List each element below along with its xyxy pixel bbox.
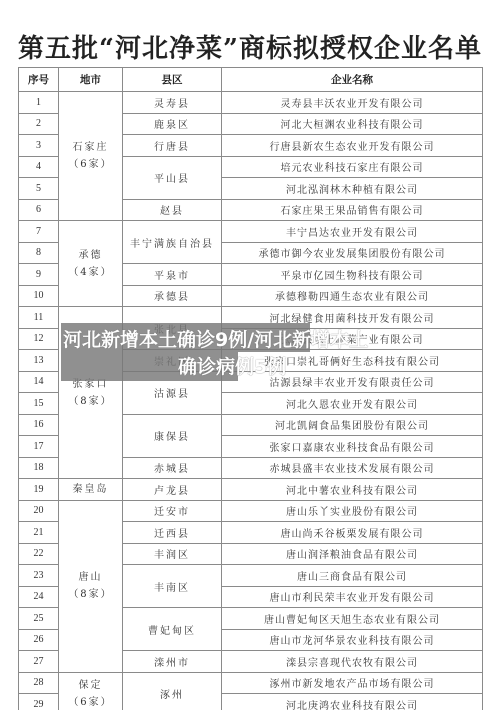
city-name: 秦皇岛 — [59, 481, 122, 498]
table-row: 20唐山（8家）迁安市唐山乐丫实业股份有限公司 — [19, 500, 483, 522]
company-name: 承德穆勒四通生态农业有限公司 — [222, 285, 483, 307]
row-index: 14 — [19, 371, 59, 393]
row-index: 11 — [19, 307, 59, 329]
city-name: 保定 — [59, 677, 122, 694]
table-body: 1石家庄（6家）灵寿县灵寿县丰沃农业开发有限公司2鹿泉区河北大桓渊农业科技有限公… — [19, 92, 483, 710]
company-name: 河北庚鸿农业科技有限公司 — [222, 694, 483, 710]
county-cell: 平泉市 — [123, 264, 222, 286]
county-cell: 灵寿县 — [123, 92, 222, 114]
row-index: 1 — [19, 92, 59, 114]
county-cell: 卢龙县 — [123, 479, 222, 501]
city-count: （6家） — [59, 694, 122, 710]
row-index: 5 — [19, 178, 59, 200]
row-index: 26 — [19, 629, 59, 651]
city-count: （8家） — [59, 393, 122, 410]
row-index: 25 — [19, 608, 59, 630]
company-name: 滦县宗喜现代农牧有限公司 — [222, 651, 483, 673]
company-name: 唐山市利民荣丰农业开发有限公司 — [222, 586, 483, 608]
company-name: 唐山曹妃甸区天旭生态农业有限公司 — [222, 608, 483, 630]
city-cell: 承德（4家） — [59, 221, 123, 307]
county-cell: 康保县 — [123, 414, 222, 457]
city-name: 承德 — [59, 247, 122, 264]
table-row: 28保定（6家）涿州涿州市新发地农产品市场有限公司 — [19, 672, 483, 694]
county-cell: 承德县 — [123, 285, 222, 307]
row-index: 9 — [19, 264, 59, 286]
company-name: 承德市御今农业发展集团股份有限公司 — [222, 242, 483, 264]
company-name: 丰宁昌达农业开发有限公司 — [222, 221, 483, 243]
county-cell: 行唐县 — [123, 135, 222, 157]
enterprise-list-table: 序号 地市 县区 企业名称 1石家庄（6家）灵寿县灵寿县丰沃农业开发有限公司2鹿… — [18, 67, 483, 710]
row-index: 24 — [19, 586, 59, 608]
row-index: 17 — [19, 436, 59, 458]
city-name: 石家庄 — [59, 139, 122, 156]
company-name: 河北大桓渊农业科技有限公司 — [222, 113, 483, 135]
city-cell: 保定（6家） — [59, 672, 123, 710]
county-cell: 鹿泉区 — [123, 113, 222, 135]
company-name: 唐山润泽粮油食品有限公司 — [222, 543, 483, 565]
row-index: 19 — [19, 479, 59, 501]
county-cell: 滦州市 — [123, 651, 222, 673]
header-company: 企业名称 — [222, 68, 483, 92]
row-index: 16 — [19, 414, 59, 436]
news-banner-line1: 河北新增本土确诊9例/河北新增本土 — [63, 325, 368, 352]
city-count: （4家） — [59, 264, 122, 281]
news-banner-line2: 确诊病例5例 — [178, 352, 286, 379]
company-name: 培元农业科技石家庄有限公司 — [222, 156, 483, 178]
county-cell: 涿州 — [123, 672, 222, 710]
header-index: 序号 — [19, 68, 59, 92]
company-name: 河北久恩农业开发有限公司 — [222, 393, 483, 415]
company-name: 河北凯阔食品集团股份有限公司 — [222, 414, 483, 436]
table-row: 7承德（4家）丰宁满族自治县丰宁昌达农业开发有限公司 — [19, 221, 483, 243]
company-name: 唐山乐丫实业股份有限公司 — [222, 500, 483, 522]
row-index: 7 — [19, 221, 59, 243]
row-index: 6 — [19, 199, 59, 221]
row-index: 22 — [19, 543, 59, 565]
company-name: 平泉市亿园生物科技有限公司 — [222, 264, 483, 286]
county-cell: 丰南区 — [123, 565, 222, 608]
row-index: 20 — [19, 500, 59, 522]
company-name: 唐山三商食品有限公司 — [222, 565, 483, 587]
table-header-row: 序号 地市 县区 企业名称 — [19, 68, 483, 92]
row-index: 21 — [19, 522, 59, 544]
row-index: 27 — [19, 651, 59, 673]
city-name: 唐山 — [59, 569, 122, 586]
row-index: 4 — [19, 156, 59, 178]
company-name: 唐山市龙河华景农业科技有限公司 — [222, 629, 483, 651]
row-index: 23 — [19, 565, 59, 587]
county-cell: 丰宁满族自治县 — [123, 221, 222, 264]
city-count: （8家） — [59, 586, 122, 603]
company-name: 唐山尚禾谷板栗发展有限公司 — [222, 522, 483, 544]
row-index: 28 — [19, 672, 59, 694]
table-row: 19秦皇岛卢龙县河北中薯农业科技有限公司 — [19, 479, 483, 501]
city-cell: 唐山（8家） — [59, 500, 123, 672]
row-index: 29 — [19, 694, 59, 710]
county-cell: 迁西县 — [123, 522, 222, 544]
company-name: 石家庄果王果品销售有限公司 — [222, 199, 483, 221]
county-cell: 赤城县 — [123, 457, 222, 479]
row-index: 3 — [19, 135, 59, 157]
company-name: 河北泓润林木种植有限公司 — [222, 178, 483, 200]
table-row: 1石家庄（6家）灵寿县灵寿县丰沃农业开发有限公司 — [19, 92, 483, 114]
county-cell: 迁安市 — [123, 500, 222, 522]
company-name: 张家口嘉康农业科技食品有限公司 — [222, 436, 483, 458]
company-name: 涿州市新发地农产品市场有限公司 — [222, 672, 483, 694]
city-cell: 石家庄（6家） — [59, 92, 123, 221]
city-count: （6家） — [59, 156, 122, 173]
county-cell: 曹妃甸区 — [123, 608, 222, 651]
county-cell: 赵县 — [123, 199, 222, 221]
company-name: 赤城县盛丰农业技术发展有限公司 — [222, 457, 483, 479]
row-index: 13 — [19, 350, 59, 372]
company-name: 灵寿县丰沃农业开发有限公司 — [222, 92, 483, 114]
row-index: 10 — [19, 285, 59, 307]
company-name: 河北中薯农业科技有限公司 — [222, 479, 483, 501]
county-cell: 丰润区 — [123, 543, 222, 565]
city-cell: 秦皇岛 — [59, 479, 123, 501]
row-index: 15 — [19, 393, 59, 415]
row-index: 2 — [19, 113, 59, 135]
document-title: 第五批“河北净菜”商标拟授权企业名单 — [0, 28, 500, 65]
row-index: 18 — [19, 457, 59, 479]
row-index: 8 — [19, 242, 59, 264]
company-name: 行唐县新农生态农业开发有限公司 — [222, 135, 483, 157]
header-county: 县区 — [123, 68, 222, 92]
header-city: 地市 — [59, 68, 123, 92]
row-index: 12 — [19, 328, 59, 350]
county-cell: 平山县 — [123, 156, 222, 199]
